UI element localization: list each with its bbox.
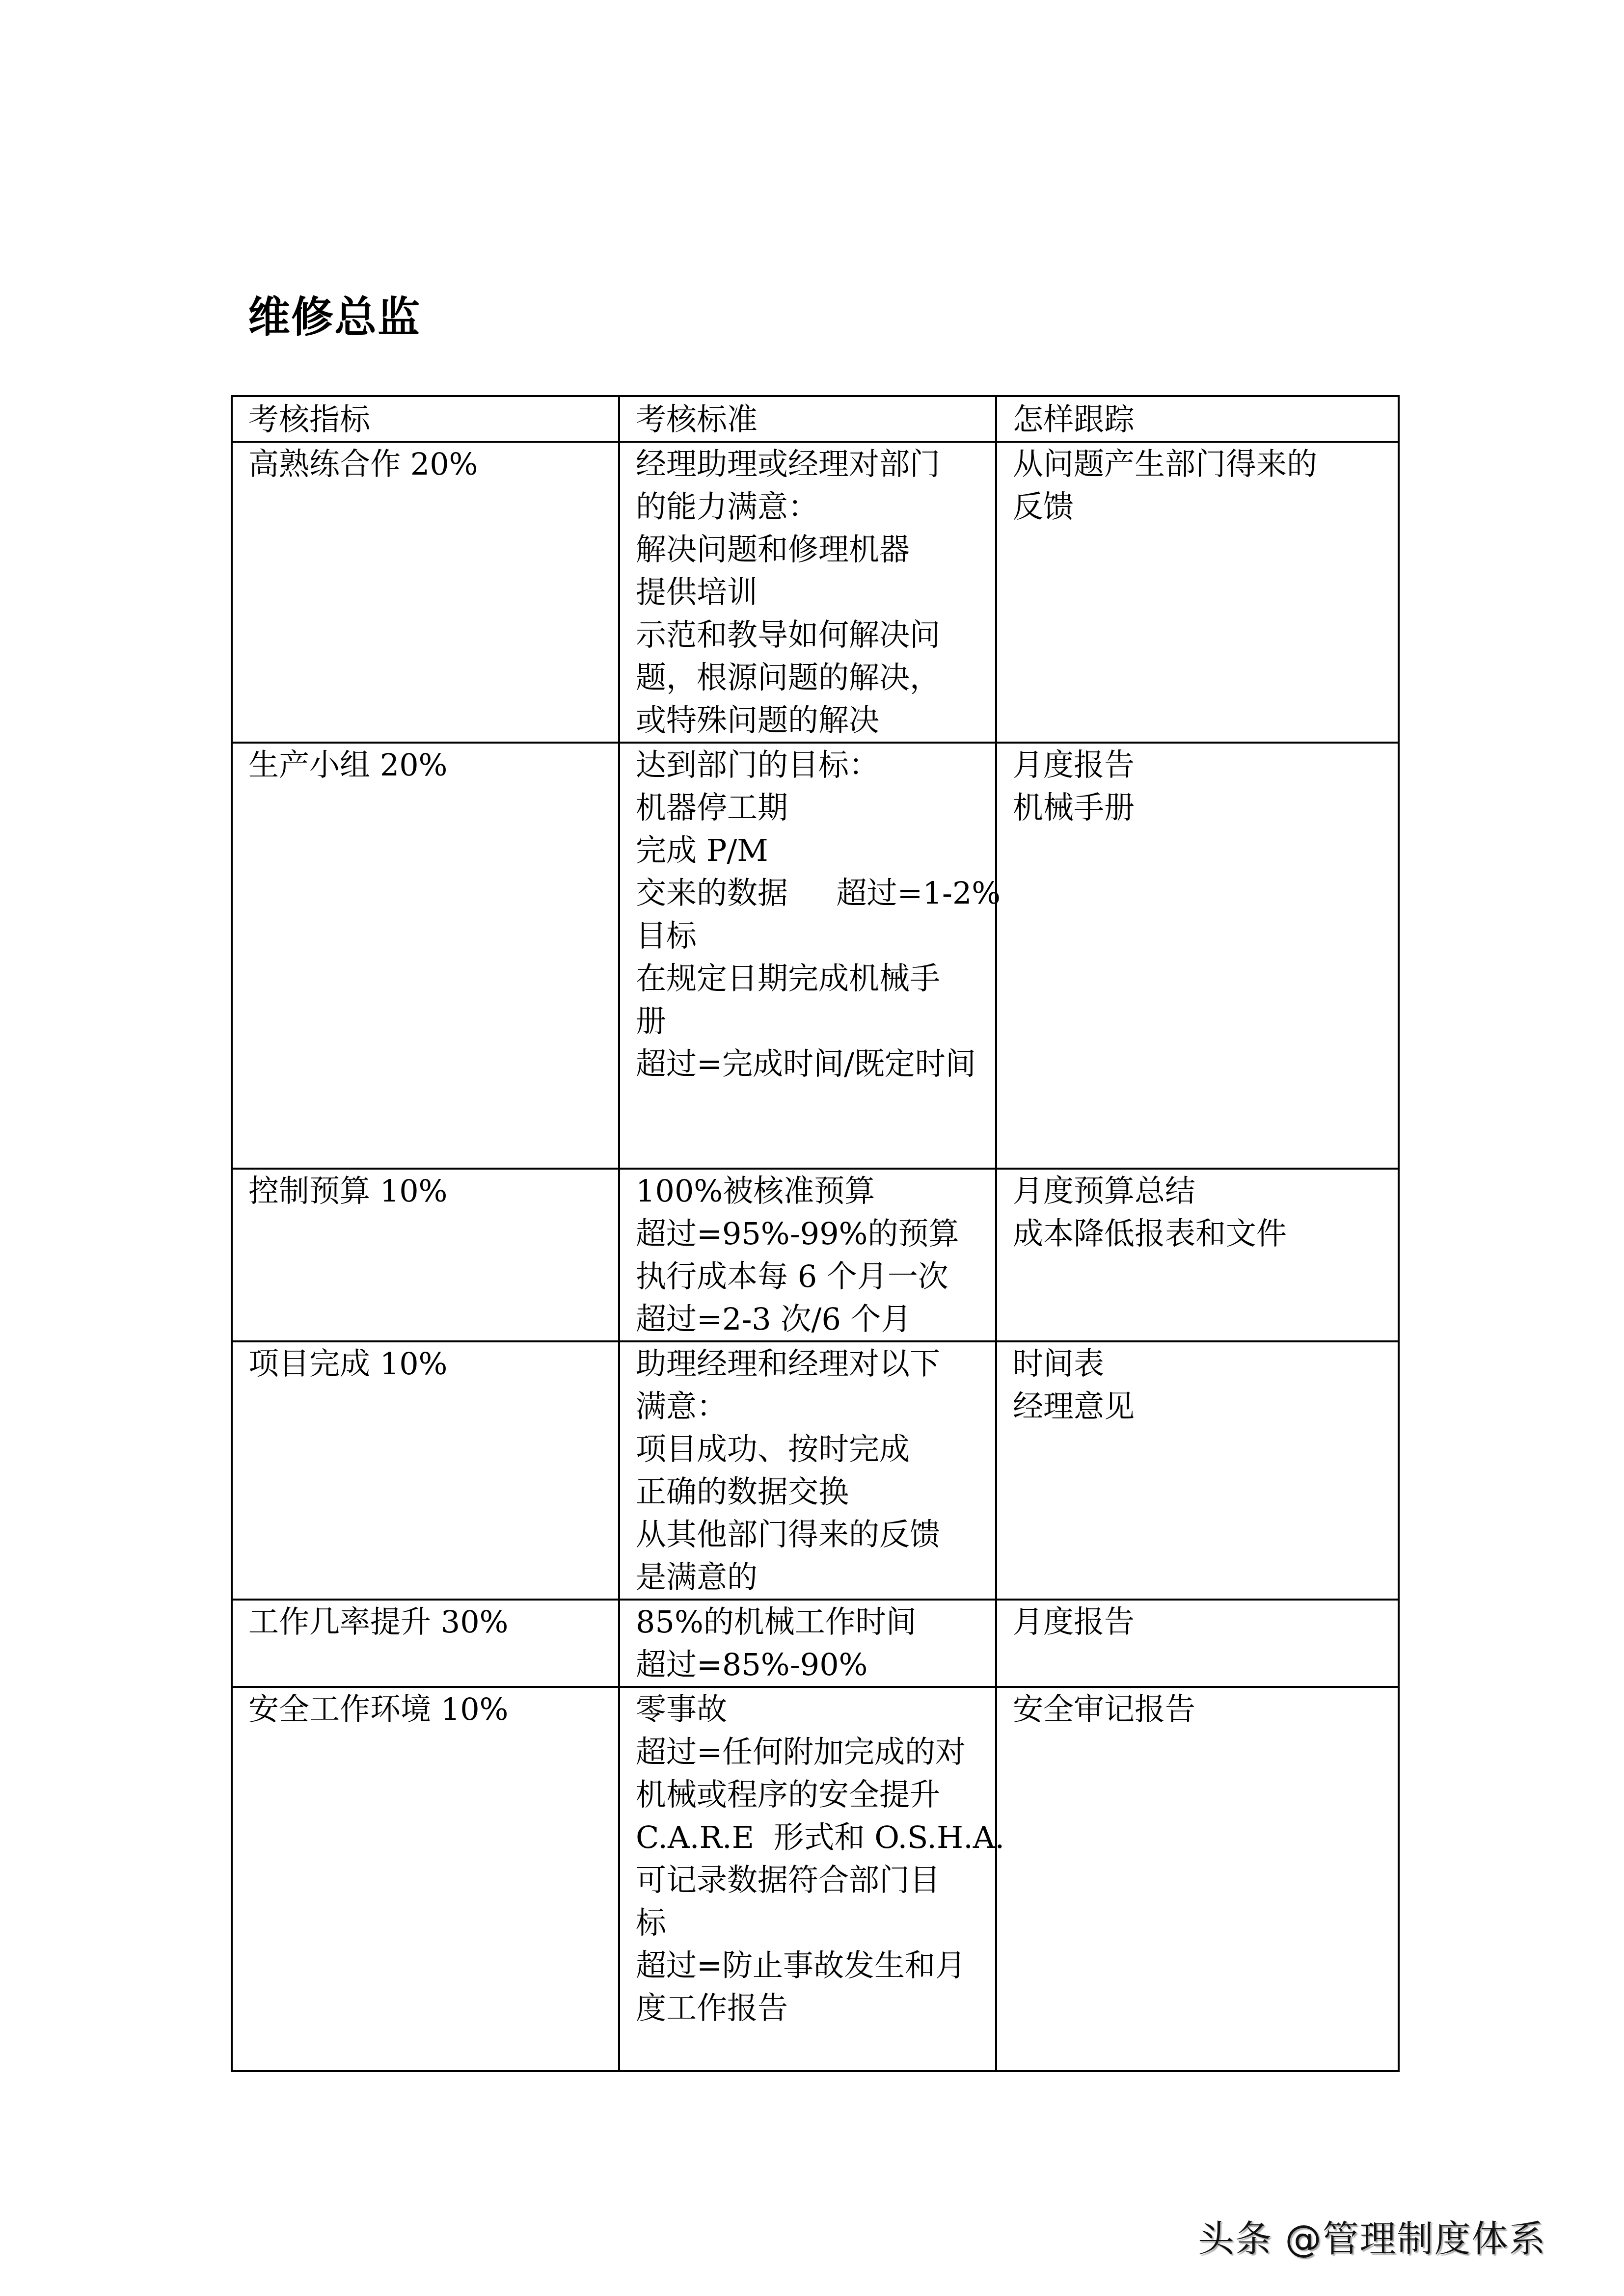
standard-line: 解决问题和修理机器 — [636, 528, 985, 571]
standard-line: 在规定日期完成机械手 — [636, 957, 985, 1000]
standard-line: 满意： — [636, 1385, 985, 1428]
cell-tracking: 月度报告 机械手册 — [996, 743, 1399, 1169]
cell-standard: 100%被核准预算 超过=95%-99%的预算 执行成本每 6 个月一次 超过=… — [619, 1169, 996, 1341]
standard-line: 完成 P/M — [636, 829, 985, 872]
standard-line: 达到部门的目标： — [636, 744, 985, 786]
table-row: 控制预算 10% 100%被核准预算 超过=95%-99%的预算 执行成本每 6… — [232, 1169, 1399, 1341]
tracking-line: 经理意见 — [1013, 1385, 1388, 1428]
tracking-line: 安全审记报告 — [1013, 1688, 1388, 1731]
standard-line: 零事故 — [636, 1688, 985, 1731]
table-row: 安全工作环境 10% 零事故 超过=任何附加完成的对 机械或程序的安全提升 C.… — [232, 1687, 1399, 2071]
cell-indicator: 生产小组 20% — [232, 743, 619, 1169]
table-row: 高熟练合作 20% 经理助理或经理对部门 的能力满意： 解决问题和修理机器 提供… — [232, 442, 1399, 743]
standard-line: 85%的机械工作时间 — [636, 1601, 985, 1643]
standard-line: 册 — [636, 1000, 985, 1042]
standard-line: 交来的数据 超过=1-2% — [636, 872, 985, 914]
tracking-line: 从问题产生部门得来的 — [1013, 443, 1388, 485]
standard-line: 机器停工期 — [636, 786, 985, 829]
table-header-row: 考核指标 考核标准 怎样跟踪 — [232, 396, 1399, 442]
cell-tracking: 从问题产生部门得来的 反馈 — [996, 442, 1399, 743]
standard-line: 度工作报告 — [636, 1987, 985, 2029]
tracking-line: 月度预算总结 — [1013, 1170, 1388, 1212]
tracking-line: 月度报告 — [1013, 744, 1388, 786]
cell-indicator: 安全工作环境 10% — [232, 1687, 619, 2071]
standard-line: 的能力满意： — [636, 485, 985, 528]
header-indicator: 考核指标 — [232, 396, 619, 442]
cell-indicator: 高熟练合作 20% — [232, 442, 619, 743]
standard-line: 可记录数据符合部门目 — [636, 1859, 985, 1901]
standard-line: 机械或程序的安全提升 — [636, 1773, 985, 1816]
standard-line: 超过=85%-90% — [636, 1643, 985, 1686]
cell-tracking: 月度报告 — [996, 1600, 1399, 1687]
tracking-line: 反馈 — [1013, 485, 1388, 528]
standard-line: 助理经理和经理对以下 — [636, 1342, 985, 1385]
cell-standard: 助理经理和经理对以下 满意： 项目成功、按时完成 正确的数据交换 从其他部门得来… — [619, 1341, 996, 1600]
tracking-line: 月度报告 — [1013, 1601, 1388, 1643]
standard-line: 提供培训 — [636, 571, 985, 614]
standard-line: 题，根源问题的解决， — [636, 656, 985, 699]
cell-standard: 达到部门的目标： 机器停工期 完成 P/M 交来的数据 超过=1-2% 目标 在… — [619, 743, 996, 1169]
header-tracking: 怎样跟踪 — [996, 396, 1399, 442]
standard-line: 正确的数据交换 — [636, 1470, 985, 1513]
kpi-table: 考核指标 考核标准 怎样跟踪 高熟练合作 20% 经理助理或经理对部门 的能力满… — [231, 395, 1400, 2072]
standard-line: 项目成功、按时完成 — [636, 1428, 985, 1470]
header-standard: 考核标准 — [619, 396, 996, 442]
cell-indicator: 工作几率提升 30% — [232, 1600, 619, 1687]
tracking-line: 成本降低报表和文件 — [1013, 1212, 1388, 1255]
standard-line: 从其他部门得来的反馈 — [636, 1513, 985, 1556]
cell-tracking: 安全审记报告 — [996, 1687, 1399, 2071]
standard-line: 是满意的 — [636, 1556, 985, 1599]
watermark: 头条 @管理制度体系 — [1198, 2215, 1546, 2264]
standard-line: 示范和教导如何解决问 — [636, 614, 985, 656]
standard-line: 超过=防止事故发生和月 — [636, 1944, 985, 1987]
cell-indicator: 控制预算 10% — [232, 1169, 619, 1341]
standard-line: 超过=2-3 次/6 个月 — [636, 1298, 985, 1340]
standard-line: 超过=完成时间/既定时间 — [636, 1042, 985, 1085]
standard-line: 经理助理或经理对部门 — [636, 443, 985, 485]
standard-line: 超过=95%-99%的预算 — [636, 1212, 985, 1255]
table-row: 生产小组 20% 达到部门的目标： 机器停工期 完成 P/M 交来的数据 超过=… — [232, 743, 1399, 1169]
standard-line: 执行成本每 6 个月一次 — [636, 1255, 985, 1298]
standard-line: 超过=任何附加完成的对 — [636, 1731, 985, 1773]
cell-standard: 经理助理或经理对部门 的能力满意： 解决问题和修理机器 提供培训 示范和教导如何… — [619, 442, 996, 743]
cell-indicator: 项目完成 10% — [232, 1341, 619, 1600]
standard-line: 目标 — [636, 914, 985, 957]
tracking-line: 时间表 — [1013, 1342, 1388, 1385]
standard-line: 或特殊问题的解决 — [636, 699, 985, 742]
table-row: 工作几率提升 30% 85%的机械工作时间 超过=85%-90% 月度报告 — [232, 1600, 1399, 1687]
tracking-line: 机械手册 — [1013, 786, 1388, 829]
cell-tracking: 时间表 经理意见 — [996, 1341, 1399, 1600]
standard-line: 标 — [636, 1901, 985, 1944]
standard-line: C.A.R.E 形式和 O.S.H.A. — [636, 1816, 985, 1859]
table-row: 项目完成 10% 助理经理和经理对以下 满意： 项目成功、按时完成 正确的数据交… — [232, 1341, 1399, 1600]
cell-tracking: 月度预算总结 成本降低报表和文件 — [996, 1169, 1399, 1341]
page-title: 维修总监 — [248, 291, 421, 345]
standard-line: 100%被核准预算 — [636, 1170, 985, 1212]
cell-standard: 零事故 超过=任何附加完成的对 机械或程序的安全提升 C.A.R.E 形式和 O… — [619, 1687, 996, 2071]
cell-standard: 85%的机械工作时间 超过=85%-90% — [619, 1600, 996, 1687]
